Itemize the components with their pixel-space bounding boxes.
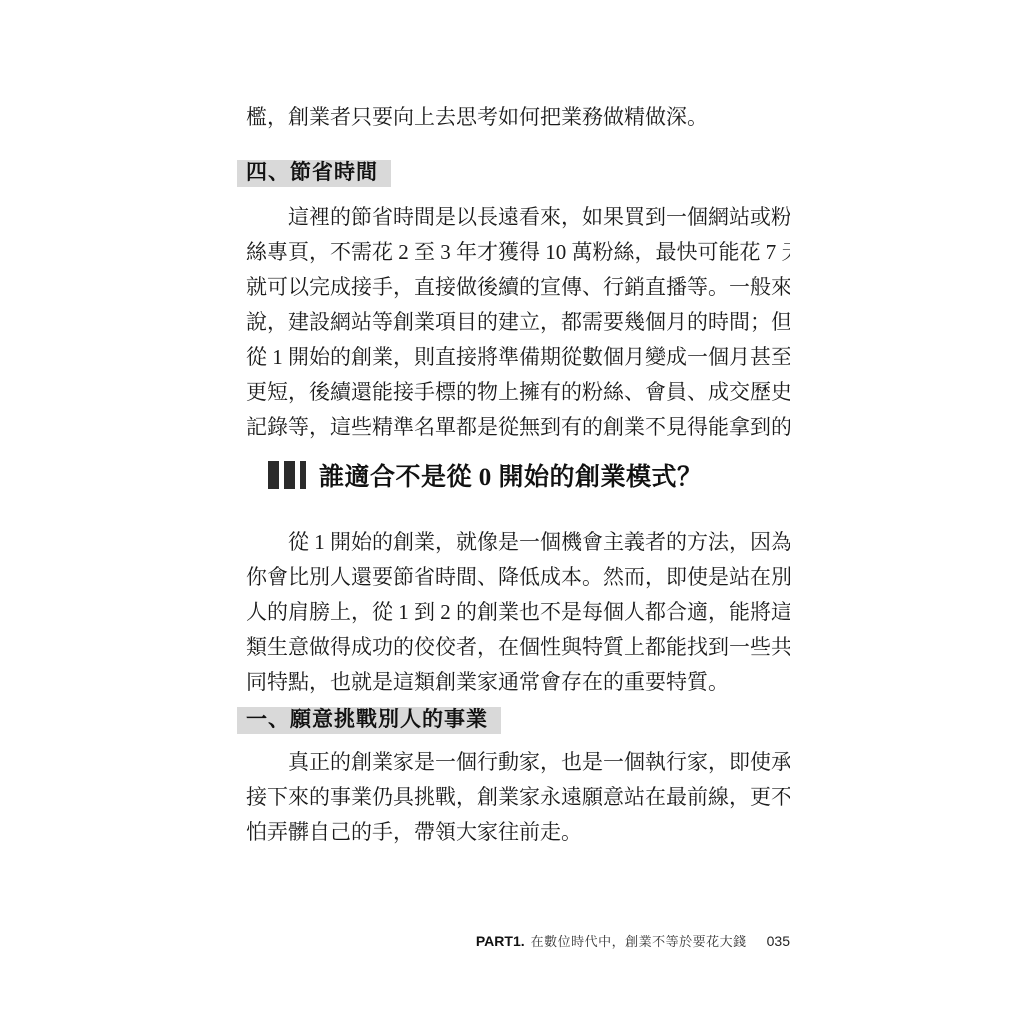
subsection-heading-save-time: 四、節省時間 (237, 160, 391, 187)
text-line: 接下來的事業仍具挑戰，創業家永遠願意站在最前線，更不 (246, 780, 790, 815)
title-accent-bar (268, 461, 279, 489)
text-line: 怕弄髒自己的手，帶領大家往前走。 (246, 815, 790, 850)
book-page: 檻，創業者只要向上去思考如何把業務做精做深。 四、節省時間 這裡的節省時間是以長… (0, 0, 1024, 1024)
title-accent-bar (300, 461, 306, 489)
text-line: 這裡的節省時間是以長遠看來，如果買到一個網站或粉 (246, 200, 790, 235)
section-title-row: 誰適合不是從 0 開始的創業模式？ (268, 456, 703, 494)
text-line: 從 1 開始的創業，就像是一個機會主義者的方法，因為 (246, 525, 790, 560)
text-line: 人的肩膀上，從 1 到 2 的創業也不是每個人都合適，能將這 (246, 595, 790, 630)
text-line: 同特點，也就是這類創業家通常會存在的重要特質。 (246, 665, 790, 700)
text-line: 絲專頁，不需花 2 至 3 年才獲得 10 萬粉絲，最快可能花 7 天 (246, 235, 790, 270)
title-accent-bar (284, 461, 295, 489)
paragraph-doer: 真正的創業家是一個行動家，也是一個執行家，即使承 接下來的事業仍具挑戰，創業家永… (246, 745, 790, 850)
body-text-line: 檻，創業者只要向上去思考如何把業務做精做深。 (246, 100, 790, 135)
text-line: 說，建設網站等創業項目的建立，都需要幾個月的時間；但 (246, 305, 790, 340)
text-line: 你會比別人還要節省時間、降低成本。然而，即使是站在別 (246, 560, 790, 595)
text-line: 更短，後續還能接手標的物上擁有的粉絲、會員、成交歷史 (246, 375, 790, 410)
subsection-heading-challenge: 一、願意挑戰別人的事業 (237, 707, 501, 734)
text-line: 類生意做得成功的佼佼者，在個性與特質上都能找到一些共 (246, 630, 790, 665)
paragraph-save-time: 這裡的節省時間是以長遠看來，如果買到一個網站或粉 絲專頁，不需花 2 至 3 年… (246, 200, 790, 445)
text-line: 真正的創業家是一個行動家，也是一個執行家，即使承 (246, 745, 790, 780)
text-line: 記錄等，這些精準名單都是從無到有的創業不見得能拿到的。 (246, 410, 790, 445)
text-line: 就可以完成接手，直接做後續的宣傳、行銷直播等。一般來 (246, 270, 790, 305)
paragraph-who-fits: 從 1 開始的創業，就像是一個機會主義者的方法，因為 你會比別人還要節省時間、降… (246, 525, 790, 700)
part-label: PART1. (476, 933, 525, 949)
page-number: 035 (767, 933, 790, 949)
text-line: 從 1 開始的創業，則直接將準備期從數個月變成一個月甚至 (246, 340, 790, 375)
footer: PART1. 在數位時代中，創業不等於要花大錢 035 (246, 931, 790, 950)
chapter-title: 在數位時代中，創業不等於要花大錢 (531, 931, 747, 950)
section-title: 誰適合不是從 0 開始的創業模式？ (319, 457, 703, 493)
